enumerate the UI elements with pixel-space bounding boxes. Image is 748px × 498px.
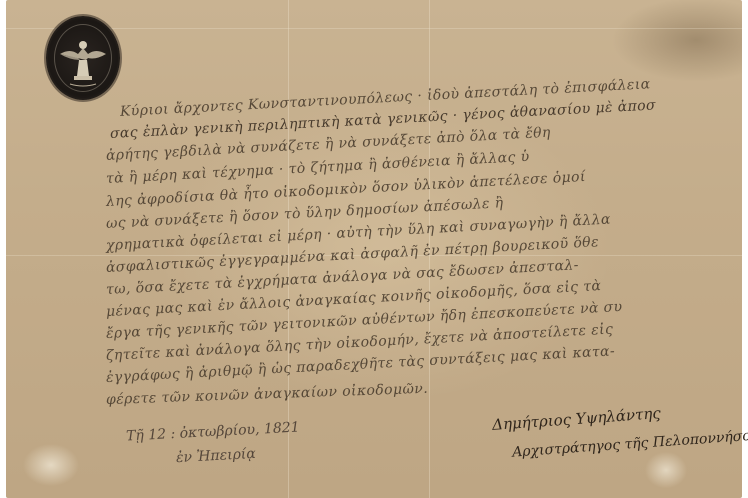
signature-name: Δημήτριος Υψηλάντης bbox=[492, 404, 662, 434]
place-line: ἐν Ἠπειρίᾳ bbox=[176, 446, 257, 466]
manuscript-sheet: Κύριοι ἄρχοντες Κωνσταντινουπόλεως · ἰδο… bbox=[6, 0, 742, 498]
seal-phoenix-icon bbox=[46, 16, 120, 100]
signature-title: Αρχιστράτηγος τῆς Πελοποννήσου bbox=[512, 427, 748, 460]
manuscript-line: φέρετε τῶν κοινῶν ἀναγκαίων οἰκοδομῶν. bbox=[106, 381, 429, 408]
date-line: Τῇ 12 : ὀκτωβρίου, 1821 bbox=[126, 419, 300, 444]
phoenix-emblem-icon bbox=[48, 18, 118, 98]
